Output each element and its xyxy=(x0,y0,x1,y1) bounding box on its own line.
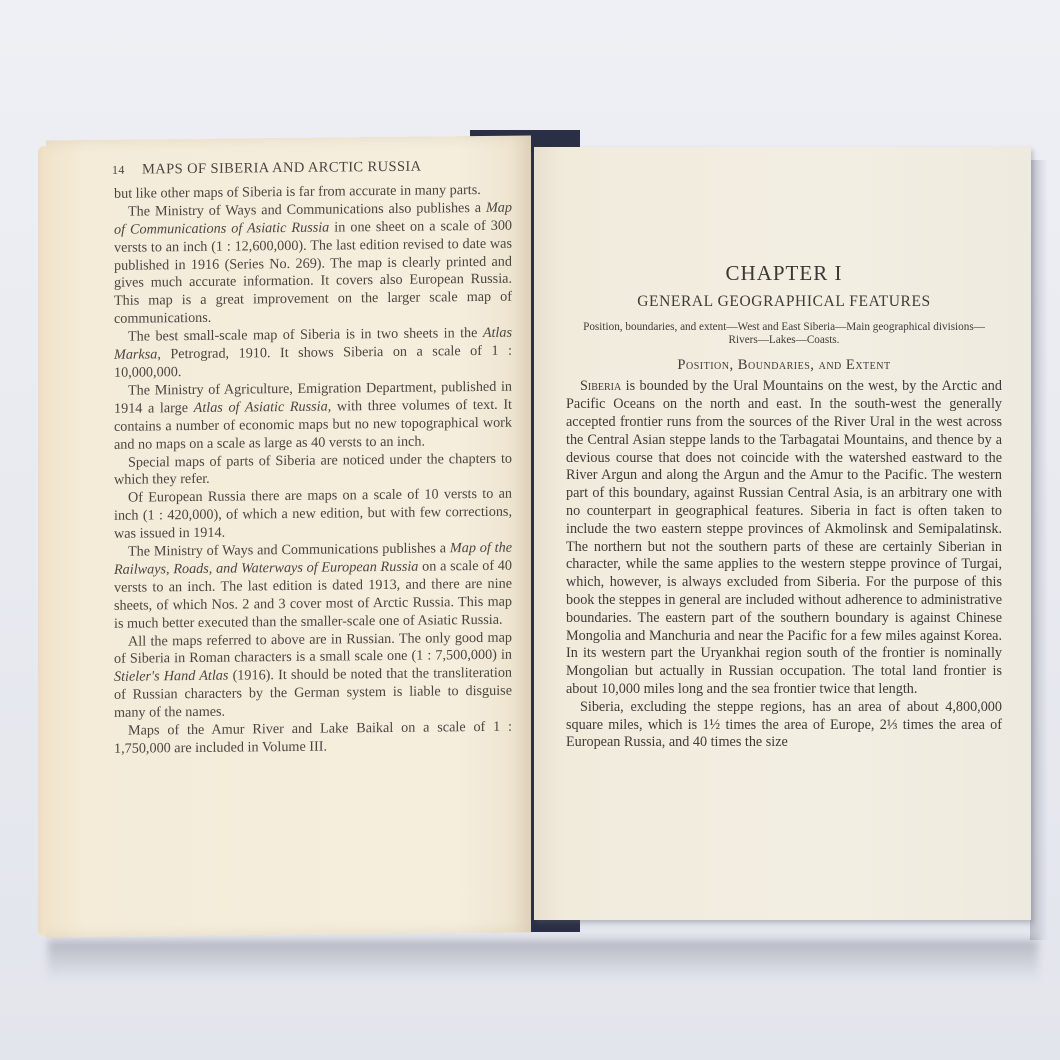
text-run: The Ministry of Ways and Communications … xyxy=(128,200,486,220)
section-heading: Position, Boundaries, and Extent xyxy=(566,357,1002,375)
paragraph: Maps of the Amur River and Lake Baikal o… xyxy=(114,719,512,759)
running-head-title: MAPS OF SIBERIA AND ARCTIC RUSSIA xyxy=(142,158,512,180)
text-run: Special maps of parts of Siberia are not… xyxy=(114,450,512,488)
text-run: The best small-scale map of Siberia is i… xyxy=(128,325,483,345)
left-page-paragraphs: but like other maps of Siberia is far fr… xyxy=(114,182,512,759)
text-run: Of European Russia there are maps on a s… xyxy=(114,486,512,542)
italic-text: Atlas of Asiatic Russia xyxy=(194,398,328,415)
text-run: Siberia xyxy=(580,378,621,394)
italic-text: Stieler's Hand Atlas xyxy=(114,668,228,685)
text-run: Maps of the Amur River and Lake Baikal o… xyxy=(114,719,512,757)
right-page-content: CHAPTER I GENERAL GEOGRAPHICAL FEATURES … xyxy=(566,265,1002,752)
paragraph: Siberia is bounded by the Ural Mountains… xyxy=(566,378,1002,698)
paragraph: The Ministry of Ways and Communications … xyxy=(114,199,512,329)
paragraph: The best small-scale map of Siberia is i… xyxy=(114,325,512,383)
page-number: 14 xyxy=(112,162,142,180)
paragraph: The Ministry of Ways and Communications … xyxy=(114,540,512,634)
left-page-content: 14 MAPS OF SIBERIA AND ARCTIC RUSSIA but… xyxy=(114,158,512,759)
paragraph: Special maps of parts of Siberia are not… xyxy=(114,450,512,490)
book-shadow xyxy=(48,940,1038,980)
chapter-subject: GENERAL GEOGRAPHICAL FEATURES xyxy=(566,293,1002,311)
right-page-paragraphs: Siberia is bounded by the Ural Mountains… xyxy=(566,378,1002,752)
running-head: 14 MAPS OF SIBERIA AND ARCTIC RUSSIA xyxy=(114,158,512,180)
text-run: Siberia, excluding the steppe regions, h… xyxy=(566,699,1002,751)
paragraph: Siberia, excluding the steppe regions, h… xyxy=(566,699,1002,752)
text-run: All the maps referred to above are in Ru… xyxy=(114,629,512,667)
text-run: , Petrograd, 1910. It shows Siberia on a… xyxy=(114,343,512,381)
paragraph: The Ministry of Agriculture, Emigration … xyxy=(114,379,512,455)
book-shadow-right xyxy=(1030,160,1048,940)
text-run: but like other maps of Siberia is far fr… xyxy=(114,182,481,202)
right-page: CHAPTER I GENERAL GEOGRAPHICAL FEATURES … xyxy=(534,147,1031,920)
chapter-synopsis: Position, boundaries, and extent—West an… xyxy=(566,321,1002,347)
text-run: is bounded by the Ural Mountains on the … xyxy=(566,378,1002,697)
paragraph: Of European Russia there are maps on a s… xyxy=(114,486,512,544)
chapter-title: CHAPTER I xyxy=(566,265,1002,283)
paragraph: All the maps referred to above are in Ru… xyxy=(114,629,512,723)
text-run: The Ministry of Ways and Communications … xyxy=(128,540,450,559)
left-page: 14 MAPS OF SIBERIA AND ARCTIC RUSSIA but… xyxy=(46,135,531,937)
